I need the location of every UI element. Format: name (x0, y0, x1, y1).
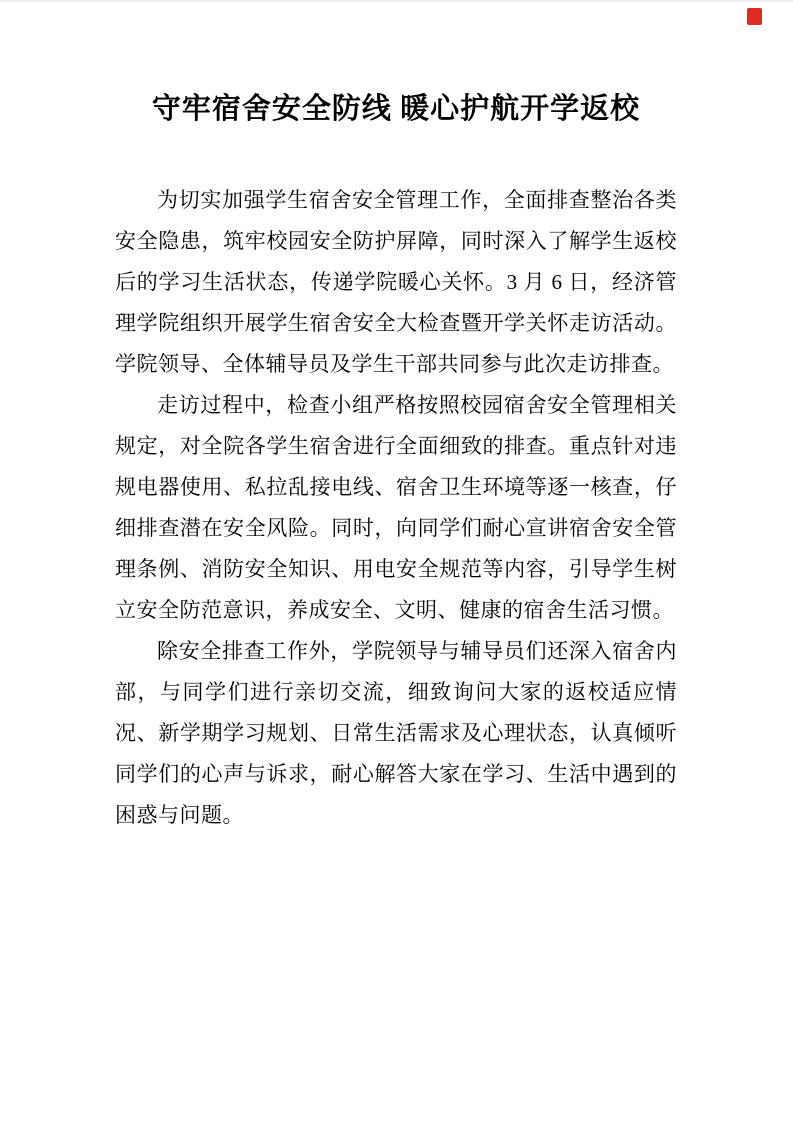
red-annotation-badge (747, 8, 762, 25)
paragraph-3: 除安全排查工作外，学院领导与辅导员们还深入宿舍内部，与同学们进行亲切交流，细致询… (115, 631, 677, 836)
document-content: 守牢宿舍安全防线 暖心护航开学返校 为切实加强学生宿舍安全管理工作，全面排查整治… (115, 2, 677, 836)
paragraph-2: 走访过程中，检查小组严格按照校园宿舍安全管理相关规定，对全院各学生宿舍进行全面细… (115, 385, 677, 631)
document-page: 守牢宿舍安全防线 暖心护航开学返校 为切实加强学生宿舍安全管理工作，全面排查整治… (0, 0, 793, 1122)
page-title: 守牢宿舍安全防线 暖心护航开学返校 (115, 88, 677, 130)
paragraph-1: 为切实加强学生宿舍安全管理工作，全面排查整治各类安全隐患，筑牢校园安全防护屏障，… (115, 180, 677, 385)
document-body: 为切实加强学生宿舍安全管理工作，全面排查整治各类安全隐患，筑牢校园安全防护屏障，… (115, 180, 677, 836)
